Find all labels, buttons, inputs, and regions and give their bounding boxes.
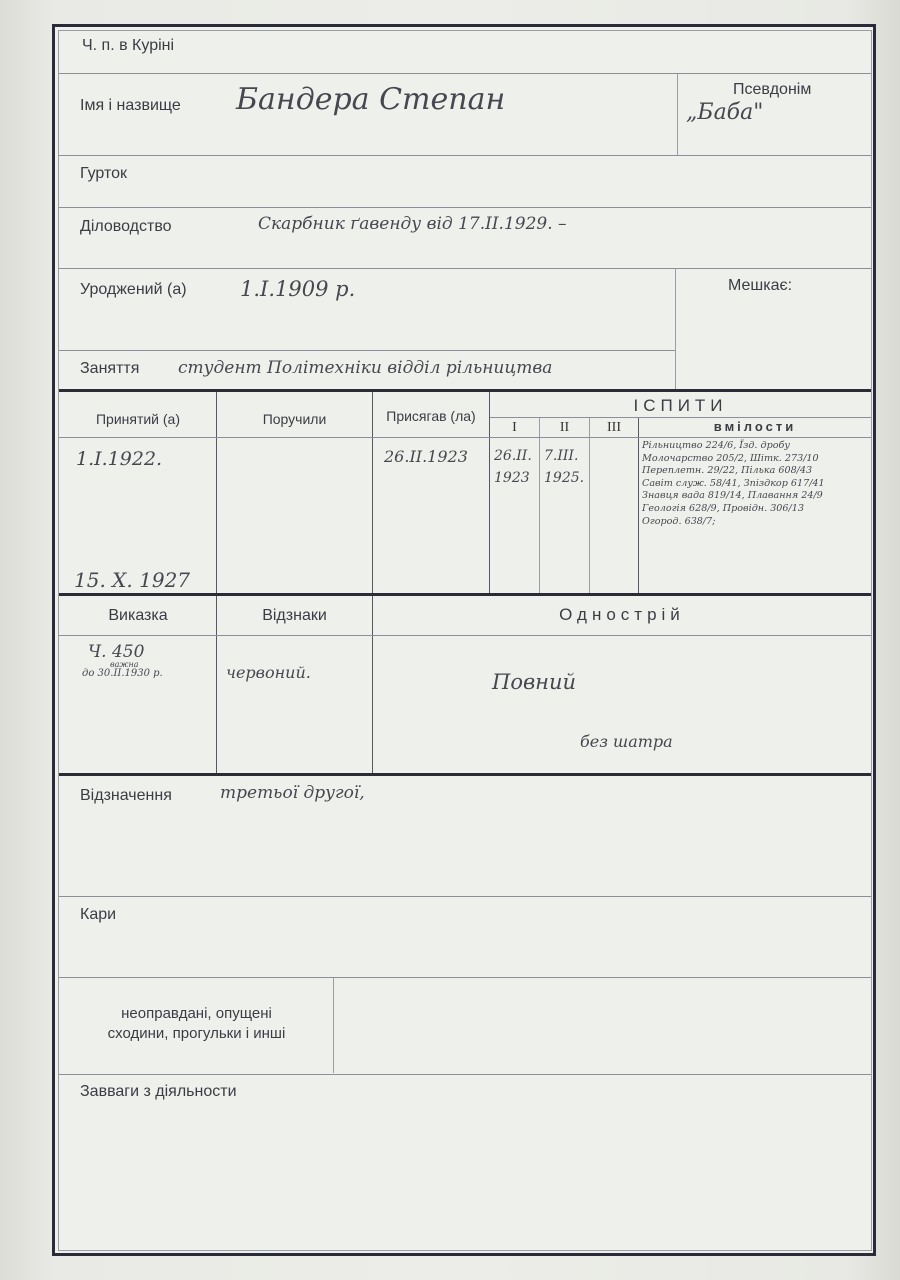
pseudonym-value: „Баба"	[686, 100, 763, 125]
divider	[59, 977, 871, 978]
absences-label-line2: сходини, прогульки і инші	[60, 1025, 333, 1042]
exam-col-1: I	[490, 420, 539, 436]
uniform-note: без шатра	[580, 732, 673, 751]
badges-header: Відзнаки	[217, 607, 372, 625]
divider	[59, 350, 675, 351]
divider	[59, 268, 871, 269]
remarks-label: Завваги з діяльности	[80, 1083, 237, 1101]
sworn-header: Присягав (ла)	[373, 408, 489, 424]
divider	[677, 74, 678, 155]
skill-line: Молочарство 205/2, Шітк. 273/10	[642, 453, 874, 466]
divider	[675, 269, 676, 389]
id-card-header: Виказка	[60, 607, 216, 625]
exams-header: ІСПИТИ	[490, 396, 871, 416]
recommended-header: Поручили	[217, 411, 372, 427]
distinctions-label: Відзначення	[80, 787, 172, 805]
divider	[333, 978, 334, 1073]
divider	[490, 417, 871, 418]
exam-1-year: 1923	[494, 470, 530, 486]
skill-line: Савіт служ. 58/41, Зпіздкор 617/41	[642, 478, 874, 491]
uniform-value: Повний	[492, 670, 576, 694]
exam-col-2: II	[540, 420, 589, 436]
section-divider	[59, 389, 871, 392]
record-card-page: Ч. п. в Куріні Імя і назвище Бандера Сте…	[0, 0, 900, 1280]
sworn-date: 26.II.1923	[384, 447, 468, 466]
divider	[489, 418, 490, 594]
born-label: Уроджений (а)	[80, 281, 187, 299]
born-value: 1.I.1909 р.	[240, 277, 355, 301]
pseudonym-label: Псевдонім	[733, 81, 811, 99]
id-card-until: до 30.II.1930 р.	[82, 668, 163, 679]
occupation-label: Заняття	[80, 360, 139, 378]
uniform-header: Однострій	[373, 605, 871, 625]
office-value: Скарбник ґавенду від 17.II.1929. –	[258, 214, 567, 234]
skill-line: Переплетн. 29/22, Пілька 608/43	[642, 465, 874, 478]
residence-label: Мешкає:	[728, 277, 792, 295]
divider	[589, 418, 590, 594]
id-card-number: Ч. 450	[88, 642, 144, 662]
section-divider	[59, 593, 871, 596]
name-label: Імя і назвище	[80, 97, 181, 115]
divider	[59, 896, 871, 897]
name-value: Бандера Степан	[236, 82, 505, 117]
accepted-header: Принятий (а)	[60, 411, 216, 427]
distinctions-value: третьої другої,	[220, 783, 365, 803]
skill-line: Знавця вада 819/14, Плавання 24/9	[642, 490, 874, 503]
badges-value: червоний.	[226, 663, 311, 682]
divider	[59, 73, 871, 74]
divider	[539, 418, 540, 594]
exam-2-day: 7.III.	[544, 448, 578, 464]
absences-label-line1: неоправдані, опущені	[60, 1005, 333, 1022]
skills-header: вмілости	[639, 419, 871, 434]
occupation-value: студент Політехніки відділ рільництва	[178, 358, 552, 378]
skill-line: Геологія 628/9, Провідн. 306/13	[642, 503, 874, 516]
exam-1-day: 26.II.	[494, 448, 532, 464]
divider	[59, 635, 871, 636]
group-label: Гурток	[80, 165, 127, 183]
skill-line: Огород. 638/7;	[642, 516, 874, 529]
skills-list: Рільництво 224/6, Їзд. дробу Молочарство…	[642, 440, 874, 528]
section-divider	[59, 773, 871, 776]
kurin-label: Ч. п. в Куріні	[82, 37, 174, 55]
penalties-label: Кари	[80, 906, 116, 924]
exam-col-3: III	[590, 420, 638, 436]
divider	[59, 155, 871, 156]
divider	[59, 437, 871, 438]
divider	[59, 1074, 871, 1075]
accepted-date-2: 15. X. 1927	[74, 568, 190, 592]
skill-line: Рільництво 224/6, Їзд. дробу	[642, 440, 874, 453]
divider	[59, 207, 871, 208]
accepted-date: 1.I.1922.	[76, 448, 162, 470]
office-label: Діловодство	[80, 218, 172, 236]
divider	[638, 418, 639, 594]
exam-2-year: 1925.	[544, 470, 584, 486]
